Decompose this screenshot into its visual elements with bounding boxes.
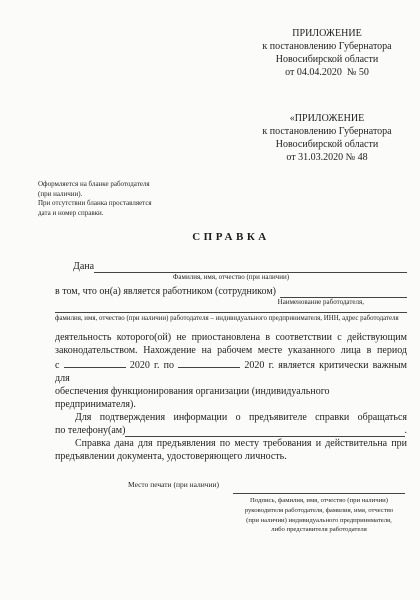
issuer-note-line: дата и номер справки. xyxy=(38,209,420,219)
appendix-line: «ПРИЛОЖЕНИЕ xyxy=(252,112,402,125)
stamp-note: Место печати (при наличии) xyxy=(128,480,407,490)
issuer-note: Оформляется на бланке работодателя (при … xyxy=(38,180,420,218)
given-line: Дана xyxy=(55,260,407,273)
employee-text: в том, что он(а) является работником (со… xyxy=(55,285,276,298)
phone-label: по телефону(ам) xyxy=(55,424,125,437)
given-label: Дана xyxy=(73,260,94,273)
validity-line: предъявлении документа, удостоверяющего … xyxy=(55,450,407,463)
appendix-line: ПРИЛОЖЕНИЕ xyxy=(252,27,402,40)
employee-line: в том, что он(а) является работником (со… xyxy=(55,285,407,298)
signature-caption-line: руководителя работодателя, фамилия, имя,… xyxy=(233,506,405,516)
phone-blank-field xyxy=(125,424,404,437)
date-to-blank-field xyxy=(178,357,240,368)
validity-line: Справка дана для предъявления по месту т… xyxy=(55,437,407,450)
issuer-note-line: При отсутствии бланка проставляется xyxy=(38,199,420,209)
signature-caption-line: Подпись, фамилия, имя, отчество (при нал… xyxy=(233,496,405,506)
appendix-reference-secondary: «ПРИЛОЖЕНИЕ к постановлению Губернатора … xyxy=(252,112,402,164)
main-paragraphs: деятельность которого(ой) не приостановл… xyxy=(55,331,407,463)
signature-block: Подпись, фамилия, имя, отчество (при нал… xyxy=(233,493,405,535)
employer-name-blank-field xyxy=(280,285,407,298)
employer-caption-long: фамилия, имя, отчество (при наличии) раб… xyxy=(55,313,407,323)
appendix-line: от 31.03.2020 № 48 xyxy=(252,151,402,164)
certificate-page: ПРИЛОЖЕНИЕ к постановлению Губернатора Н… xyxy=(0,0,420,600)
activity-line: законодательством. Нахождение на рабочем… xyxy=(55,344,407,357)
issuer-note-line: Оформляется на бланке работодателя xyxy=(38,180,420,190)
activity-line: обеспечения функционирования организации… xyxy=(55,385,407,411)
activity-line: деятельность которого(ой) не приостановл… xyxy=(55,331,407,344)
appendix-reference-primary: ПРИЛОЖЕНИЕ к постановлению Губернатора Н… xyxy=(252,27,402,79)
employee-name-blank-field xyxy=(94,260,407,273)
appendix-line: к постановлению Губернатора xyxy=(252,125,402,138)
contact-line: Для подтверждения информации о предъявит… xyxy=(55,411,407,424)
phone-line: по телефону(ам) . xyxy=(55,424,407,437)
issuer-note-line: (при наличии). xyxy=(38,190,420,200)
appendix-line: Новосибирской области xyxy=(252,138,402,151)
period-line: с 2020 г. по 2020 г. является критически… xyxy=(55,357,407,385)
appendix-line: Новосибирской области xyxy=(252,53,402,66)
phone-line-period: . xyxy=(405,424,408,437)
employer-caption-short: Наименование работодателя, xyxy=(55,298,407,307)
signature-caption-line: (при наличии) индивидуального предприним… xyxy=(233,516,405,526)
signature-caption-line: либо представителя работодателя xyxy=(233,525,405,535)
employee-name-caption: Фамилия, имя, отчество (при наличии) xyxy=(55,273,407,282)
period-prefix: с xyxy=(55,360,59,371)
appendix-line: от 04.04.2020 № 50 xyxy=(252,66,402,79)
document-body: СПРАВКА Дана Фамилия, имя, отчество (при… xyxy=(55,231,407,535)
date-from-blank-field xyxy=(64,357,126,368)
appendix-line: к постановлению Губернатора xyxy=(252,40,402,53)
document-title: СПРАВКА xyxy=(55,231,407,243)
period-mid: 2020 г. по xyxy=(130,360,174,371)
